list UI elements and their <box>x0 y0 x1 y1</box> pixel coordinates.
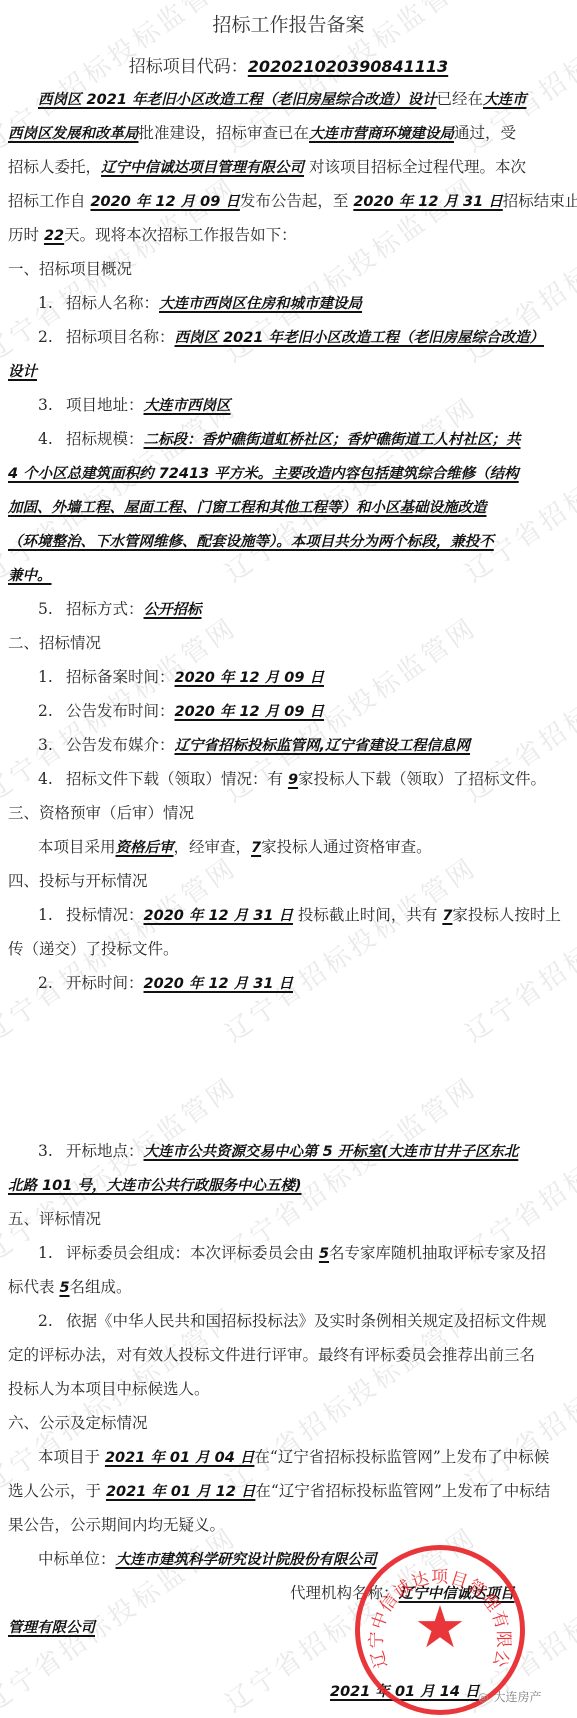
item-number: 2. <box>38 972 66 994</box>
text: 家投标人下载（领取）了招标文件。 <box>298 770 546 788</box>
agency-name: 辽宁中信诚达项目管理有限公司 <box>101 160 304 176</box>
s4-item-3: 3.开标地点：大连市公共资源交易中心第 5 开标室(大连市甘井子区东北 <box>8 1140 569 1163</box>
intro-line-4: 招标工作自 2020 年 12 月 09 日发布公告起，至 2020 年 12 … <box>8 190 569 213</box>
text: 招标人委托， <box>8 158 101 176</box>
tenderer-name: 大连市西岗区住房和城市建设局 <box>159 296 362 312</box>
candidate-publicity-date: 2021 年 01 月 04 日 <box>105 1450 254 1466</box>
s1-item-4-line-4: （环境整治、下水管网维修、配套设施等）。本项目共分为两个标段，兼投不 <box>8 530 569 553</box>
tender-method: 公开招标 <box>144 602 202 618</box>
s1-item-1: 1.招标人名称：大连市西岗区住房和城市建设局 <box>8 292 569 315</box>
text: 发布公告起，至 <box>240 192 353 210</box>
section-6-heading: 六、公示及定标情况 <box>8 1412 569 1434</box>
text: 评标委员会组成：本次评标委员会由 <box>66 1244 319 1262</box>
scale-line: 4 个小区总建筑面积约 72413 平方米。主要改造内容包括建筑综合维修（结构 <box>8 466 519 482</box>
watermark: 辽宁省招标投标监管网 <box>217 387 484 589</box>
opening-date: 2020 年 12 月 31 日 <box>144 976 293 992</box>
item-number: 1. <box>38 1242 66 1264</box>
item-number: 2. <box>38 1310 66 1332</box>
opening-location-cont: 北路 101 号，大连市公共行政服务中心五楼) <box>8 1178 302 1194</box>
item-label: 公告发布时间： <box>66 702 175 720</box>
text: 依据《中华人民共和国招标投标法》及实时条例相关规定及招标文件规 <box>66 1312 547 1330</box>
account-name: 大连房产 <box>493 1688 541 1705</box>
qualified-count: 7 <box>251 840 261 856</box>
text: 招标结束止， <box>503 192 577 210</box>
scale-line: （环境整治、下水管网维修、配套设施等）。本项目共分为两个标段，兼投不 <box>8 534 494 550</box>
download-count: 9 <box>288 772 298 788</box>
item-label: 公告发布媒介： <box>66 736 175 754</box>
item-label: 招标规模： <box>66 430 144 448</box>
item-number: 3. <box>38 394 66 416</box>
s5-item-1-cont: 标代表 5名组成。 <box>8 1276 569 1299</box>
watermark: 辽宁省招标投标监管网 <box>0 387 243 589</box>
watermark: 辽宁省招标投标监管网 <box>217 1067 484 1269</box>
intro-line-5: 历时 22天。现将本次招标工作报告如下： <box>8 224 569 247</box>
text: 名专家库随机抽取评标专家及招 <box>329 1244 546 1262</box>
start-date: 2020 年 12 月 09 日 <box>90 194 239 210</box>
item-number: 2. <box>38 700 66 722</box>
item-label: 招标备案时间： <box>66 668 175 686</box>
s1-item-4: 4.招标规模：二标段：香炉礁街道虹桥社区；香炉礁街道工人村社区；共 <box>8 428 569 451</box>
agency-signature-cont: 管理有限公司 <box>8 1620 95 1636</box>
s5-item-2-line-3: 投标人为本项目中标候选人。 <box>8 1378 569 1400</box>
watermark: 辽宁省招标投标监管网 <box>457 387 577 589</box>
text: 名组成。 <box>70 1278 132 1296</box>
item-label: 招标方式： <box>66 600 144 618</box>
s5-item-2-line-2: 定的评标办法，对有效人投标文件进行评审。最终有评标委员会推荐出前三名 <box>8 1344 569 1366</box>
item-number: 1. <box>38 904 66 926</box>
s1-item-2: 2.招标项目名称：西岗区 2021 年老旧小区改造工程（老旧房屋综合改造） <box>8 326 569 349</box>
qualification-method: 资格后审 <box>116 840 174 856</box>
section-1-heading: 一、招标项目概况 <box>8 258 569 280</box>
project-name-value: 西岗区 2021 年老旧小区改造工程（老旧房屋综合改造） <box>175 330 544 346</box>
announcement-media: 辽宁省招标投标监管网,辽宁省建设工程信息网 <box>175 738 471 754</box>
s2-item-3: 3.公告发布媒介：辽宁省招标投标监管网,辽宁省建设工程信息网 <box>8 734 569 757</box>
text: 在“辽宁省招标投标监管网”上发布了中标结 <box>255 1482 550 1500</box>
wechat-account-badge: ◎ 大连房产 <box>478 1688 542 1705</box>
s6-line-3: 果公告，公示期间内均无疑义。 <box>8 1514 569 1536</box>
item-number: 4. <box>38 768 66 790</box>
item-number: 1. <box>38 292 66 314</box>
result-publicity-date: 2021 年 01 月 12 日 <box>106 1484 255 1500</box>
scale-line: 二标段：香炉礁街道虹桥社区；香炉礁街道工人村社区；共 <box>144 432 521 448</box>
item-label: 开标地点： <box>66 1142 144 1160</box>
representative-count: 5 <box>59 1280 69 1296</box>
expert-count: 5 <box>319 1246 329 1262</box>
text: ，经审查， <box>174 838 252 856</box>
intro-line-3: 招标人委托，辽宁中信诚达项目管理有限公司 对该项目招标全过程代理。本次 <box>8 156 569 179</box>
project-name: 西岗区 2021 年老旧小区改造工程（老旧房屋综合改造）设计 <box>38 92 436 108</box>
wechat-icon: ◎ <box>478 1690 488 1704</box>
intro-line-1: 西岗区 2021 年老旧小区改造工程（老旧房屋综合改造）设计已经在大连市 <box>8 88 569 111</box>
s1-item-4-line-2: 4 个小区总建筑面积约 72413 平方米。主要改造内容包括建筑综合维修（结构 <box>8 462 569 485</box>
s5-item-1: 1.评标委员会组成：本次评标委员会由 5名专家库随机抽取评标专家及招 <box>8 1242 569 1265</box>
bidder-count: 7 <box>442 908 452 924</box>
text: 家投标人按时上 <box>452 906 561 924</box>
s6-line-1: 本项目于 2021 年 01 月 04 日在“辽宁省招标投标监管网”上发布了中标… <box>8 1446 569 1469</box>
s2-item-2: 2.公告发布时间：2020 年 12 月 09 日 <box>8 700 569 723</box>
s3-text: 本项目采用资格后审，经审查，7家投标人通过资格审查。 <box>8 836 569 859</box>
section-3-heading: 三、资格预审（后审）情况 <box>8 802 569 824</box>
s5-item-2: 2.依据《中华人民共和国招标投标法》及实时条例相关规定及招标文件规 <box>8 1310 569 1332</box>
project-name-value-cont: 设计 <box>8 364 37 380</box>
project-code-value: 202021020390841113 <box>248 57 448 76</box>
s4-item-1-cont: 传（递交）了投标文件。 <box>8 938 569 960</box>
text: 招标工作自 <box>8 192 90 210</box>
project-address: 大连市西岗区 <box>144 398 231 414</box>
watermark: 辽宁省招标投标监管网 <box>0 1067 243 1269</box>
winner-label: 中标单位： <box>38 1550 116 1568</box>
item-label: 招标人名称： <box>66 294 159 312</box>
intro-line-2: 西岗区发展和改革局批准建设，招标审查已在大连市营商环境建设局通过，受 <box>8 122 569 145</box>
opening-location: 大连市公共资源交易中心第 5 开标室(大连市甘井子区东北 <box>144 1144 519 1160</box>
s1-item-4-line-3: 加固、外墙工程、屋面工程、门窗工程和其他工程等）和小区基础设施改造 <box>8 496 569 519</box>
item-label: 招标文件下载（领取）情况：有 <box>66 770 288 788</box>
text: 本项目采用 <box>38 838 116 856</box>
item-number: 1. <box>38 666 66 688</box>
project-code-label: 招标项目代码： <box>129 57 248 77</box>
reviewer: 大连市营商环境建设局 <box>309 126 454 142</box>
scale-line: 兼中。 <box>8 568 52 584</box>
approver-city: 大连市 <box>483 92 527 108</box>
s4-item-1: 1.投标情况：2020 年 12 月 31 日 投标截止时间，共有 7家投标人按… <box>8 904 569 927</box>
text: 在“辽宁省招标投标监管网”上发布了中标候 <box>254 1448 549 1466</box>
filing-date: 2020 年 12 月 09 日 <box>175 670 324 686</box>
item-number: 3. <box>38 734 66 756</box>
s6-line-2: 选人公示，于 2021 年 01 月 12 日在“辽宁省招标投标监管网”上发布了… <box>8 1480 569 1503</box>
item-number: 4. <box>38 428 66 450</box>
s2-item-4: 4.招标文件下载（领取）情况：有 9家投标人下载（领取）了招标文件。 <box>8 768 569 791</box>
s1-item-5: 5.招标方式：公开招标 <box>8 598 569 621</box>
approver-bureau: 西岗区发展和改革局 <box>8 126 139 142</box>
s4-item-3-cont: 北路 101 号，大连市公共行政服务中心五楼) <box>8 1174 569 1197</box>
text: 通过，受 <box>454 124 516 142</box>
text: 家投标人通过资格审查。 <box>261 838 432 856</box>
end-date: 2020 年 12 月 31 日 <box>353 194 502 210</box>
text: 已经在 <box>436 90 483 108</box>
star-icon: ★ <box>414 1598 466 1656</box>
section-5-heading: 五、评标情况 <box>8 1208 569 1230</box>
item-label: 项目地址： <box>66 396 144 414</box>
bid-deadline: 2020 年 12 月 31 日 <box>144 908 293 924</box>
item-label: 投标情况： <box>66 906 144 924</box>
text: 对该项目招标全过程代理。本次 <box>304 158 526 176</box>
text: 批准建设，招标审查已在 <box>139 124 310 142</box>
s4-item-2: 2.开标时间：2020 年 12 月 31 日 <box>8 972 569 995</box>
s1-item-3: 3.项目地址：大连市西岗区 <box>8 394 569 417</box>
document-title: 招标工作报告备案 <box>0 10 577 37</box>
s1-item-4-line-5: 兼中。 <box>8 564 569 587</box>
text: 标代表 <box>8 1278 59 1296</box>
winning-bidder: 大连市建筑科学研究设计院股份有限公司 <box>116 1552 377 1568</box>
text: 投标截止时间，共有 <box>293 906 442 924</box>
scale-line: 加固、外墙工程、屋面工程、门窗工程和其他工程等）和小区基础设施改造 <box>8 500 487 516</box>
section-2-heading: 二、招标情况 <box>8 632 569 654</box>
text: 天。现将本次招标工作报告如下： <box>64 226 297 244</box>
announcement-date: 2020 年 12 月 09 日 <box>175 704 324 720</box>
watermark: 辽宁省招标投标监管网 <box>457 1067 577 1269</box>
s1-item-2-cont: 设计 <box>8 360 569 383</box>
s2-item-1: 1.招标备案时间：2020 年 12 月 09 日 <box>8 666 569 689</box>
text: 选人公示，于 <box>8 1482 106 1500</box>
item-number: 2. <box>38 326 66 348</box>
item-label: 开标时间： <box>66 974 144 992</box>
text: 本项目于 <box>38 1448 105 1466</box>
text: 历时 <box>8 226 44 244</box>
section-4-heading: 四、投标与开标情况 <box>8 870 569 892</box>
project-code-line: 招标项目代码：202021020390841113 <box>0 52 577 77</box>
item-number: 5. <box>38 598 66 620</box>
item-label: 招标项目名称： <box>66 328 175 346</box>
duration-days: 22 <box>44 228 64 244</box>
item-number: 3. <box>38 1140 66 1162</box>
